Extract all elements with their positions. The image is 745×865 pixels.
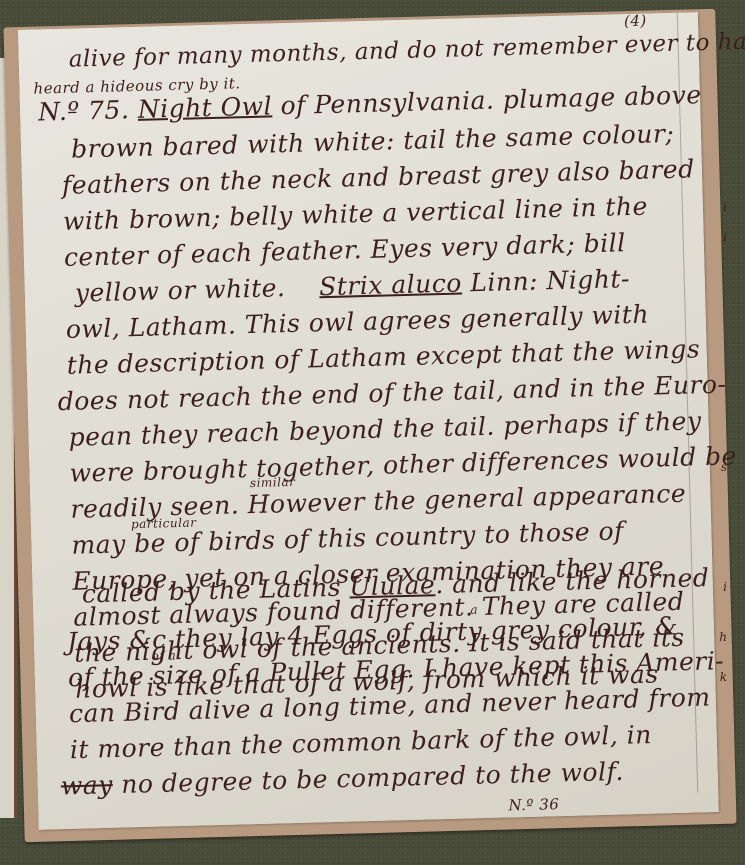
manuscript-page: (4) alive for many months, and do not re… xyxy=(18,12,719,830)
species-name: Strix aluco xyxy=(319,268,462,301)
insertion-similar: similar xyxy=(250,475,296,490)
margin-mark: s xyxy=(721,460,727,474)
text-line-8: yellow or white. Strix aluco Linn: Night… xyxy=(75,264,631,308)
latin-name: Ululae xyxy=(349,570,436,601)
text-line-19: howl is like that of a wolf, from which … xyxy=(75,659,659,703)
text-fragment: yellow or white. xyxy=(75,273,286,308)
margin-mark: k xyxy=(720,670,727,684)
text-fragment: Linn: Night- xyxy=(470,264,630,297)
entry-number: N.º 75. xyxy=(38,95,130,126)
page-corner-mark: (4) xyxy=(624,12,647,31)
margin-rule xyxy=(677,13,698,793)
text-line-7: center of each feather. Eyes very dark; … xyxy=(64,228,626,272)
margin-marks-column: i i s i h k xyxy=(711,200,731,700)
margin-mark: i xyxy=(723,200,727,214)
margin-mark: h xyxy=(719,630,727,644)
text-line-1: alive for many months, and do not rememb… xyxy=(68,28,745,72)
margin-mark: i xyxy=(723,580,727,594)
text-line-3: of Pennsylvania. plumage above xyxy=(280,80,702,120)
page-number: N.º 36 xyxy=(508,795,559,814)
margin-mark: i xyxy=(723,230,727,244)
entry-title: Night Owl xyxy=(137,91,272,124)
